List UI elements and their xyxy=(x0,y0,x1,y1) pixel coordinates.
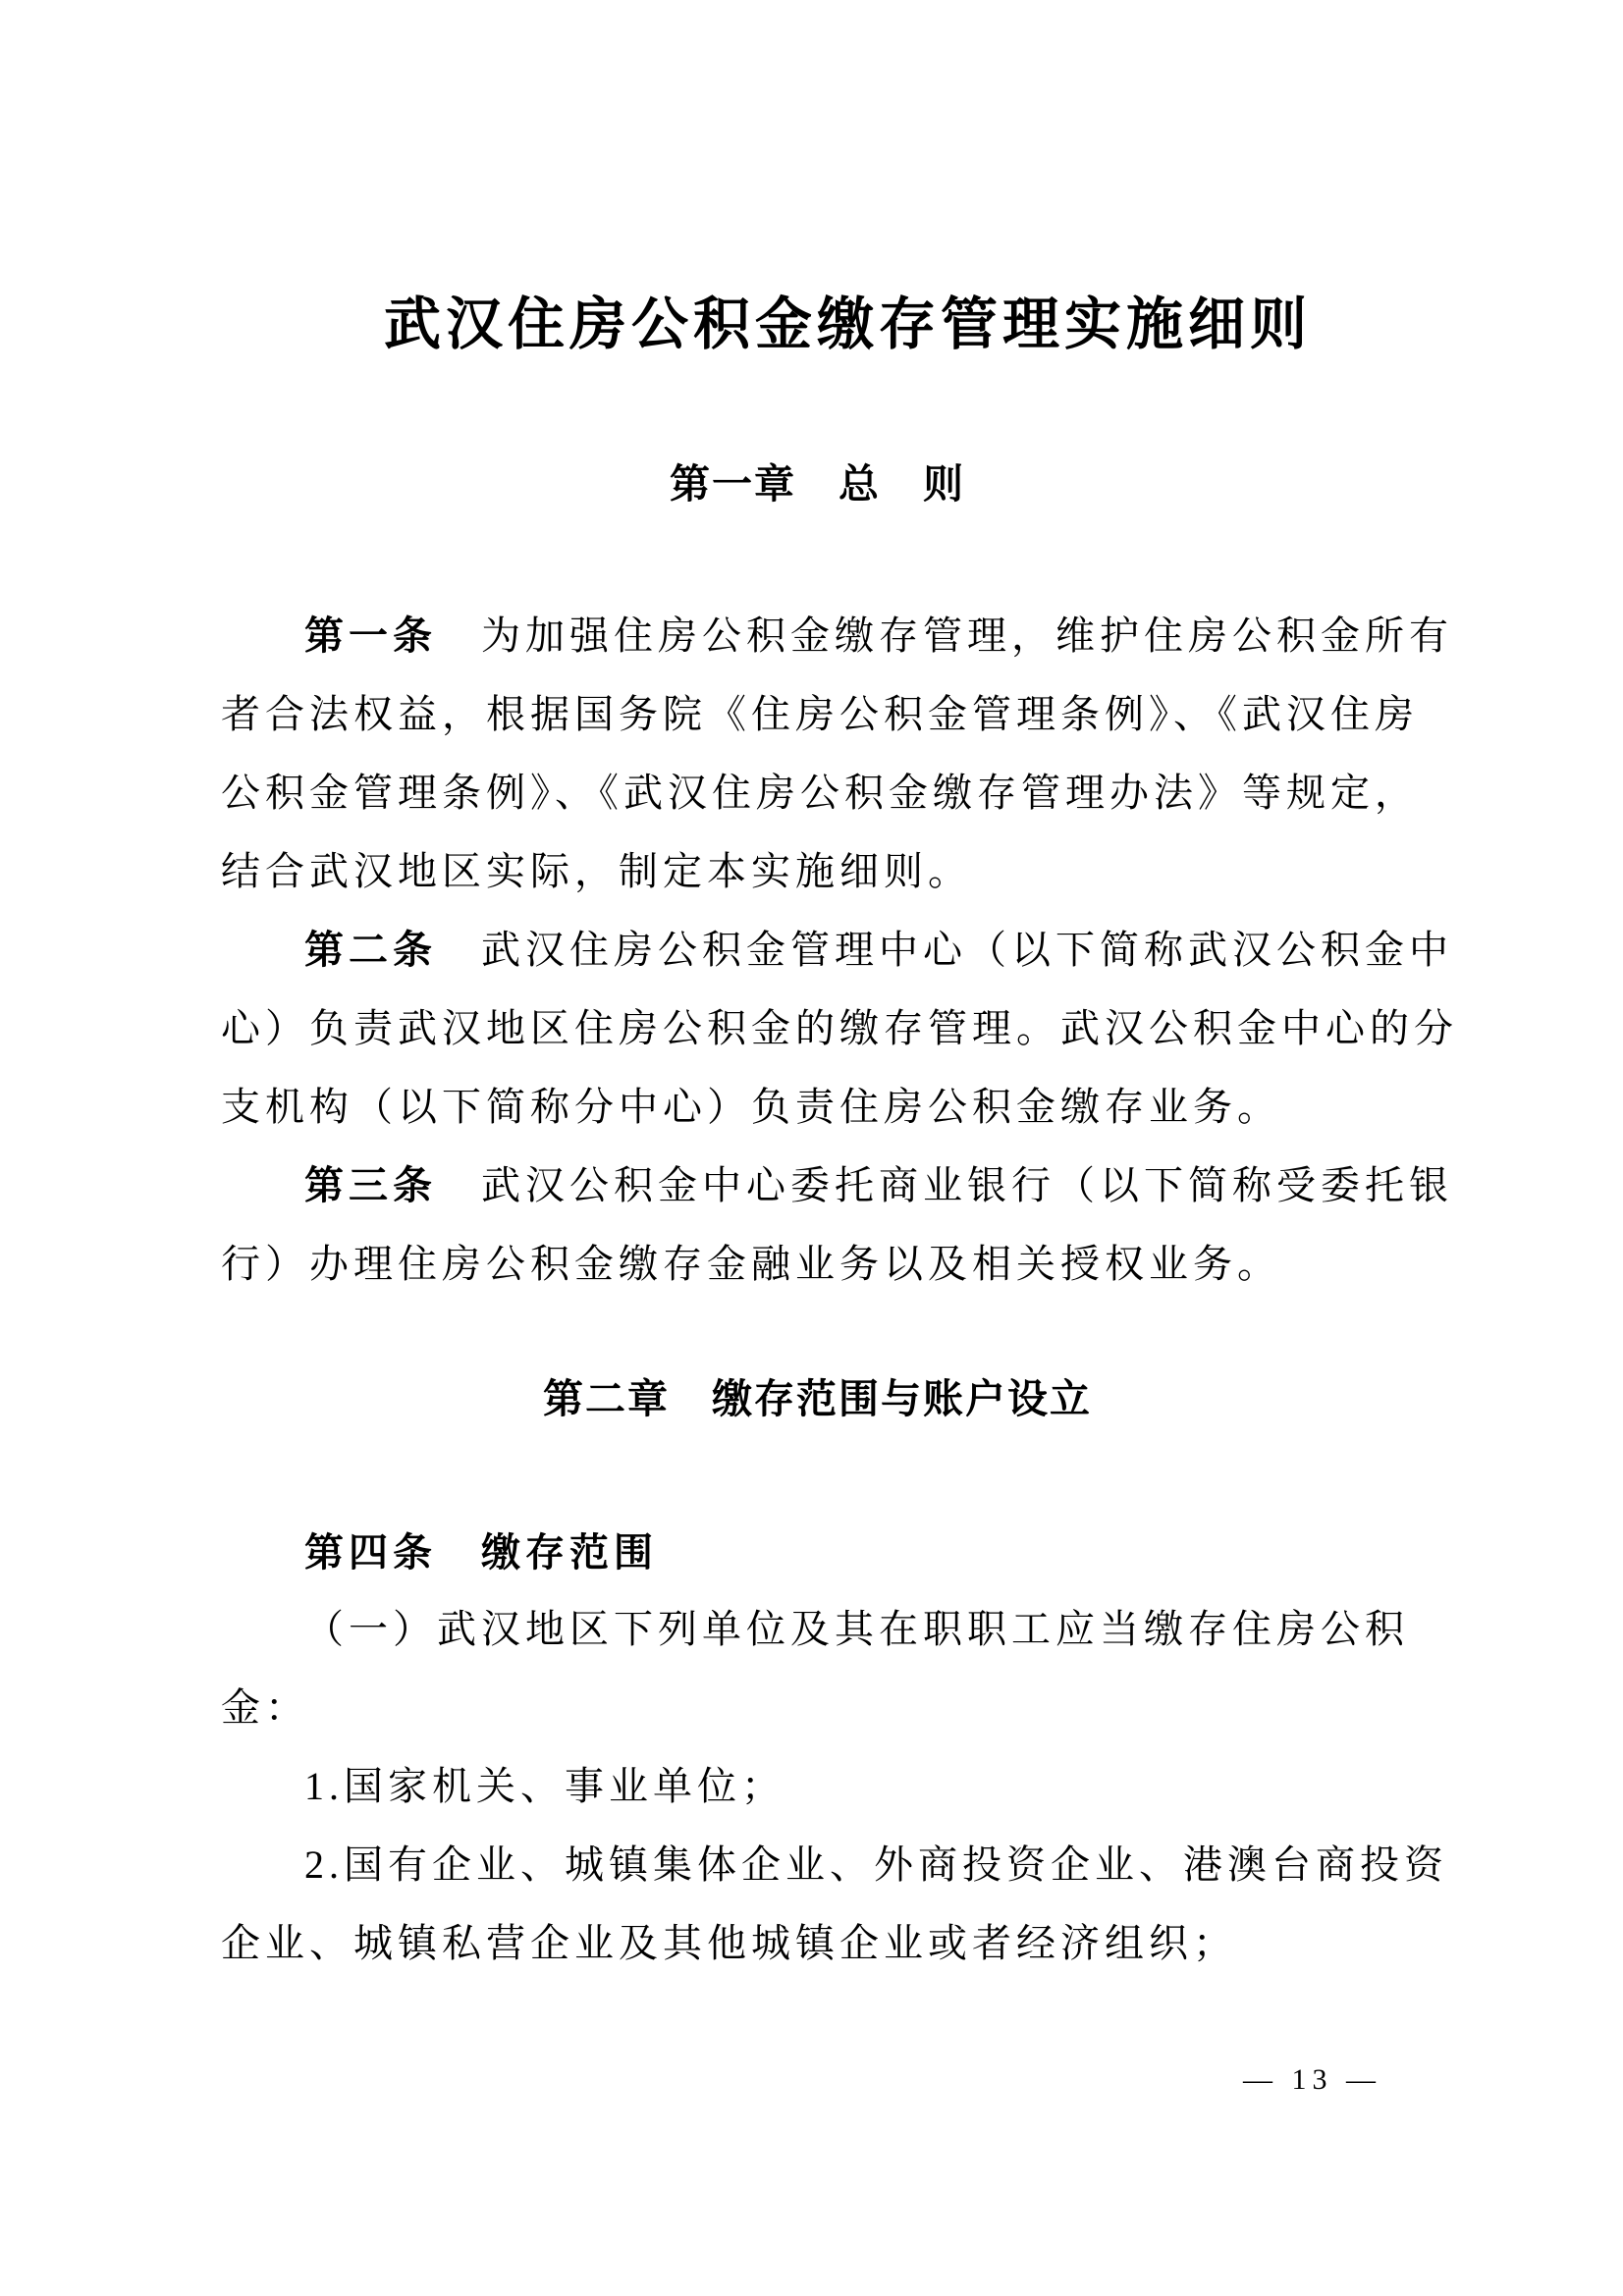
chapter1-heading: 第一章 总 则 xyxy=(221,456,1414,511)
article4-sub2-line2: 企业、城镇私营企业及其他城镇企业或者经济组织； xyxy=(221,1904,1434,1983)
article3-line2: 行）办理住房公积金缴存金融业务以及相关授权业务。 xyxy=(221,1225,1434,1304)
chapter1-body: 第一条为加强住房公积金缴存管理，维护住房公积金所有 者合法权益，根据国务院《住房… xyxy=(221,597,1434,1304)
article4-item1-line1: （一）武汉地区下列单位及其在职职工应当缴存住房公积 xyxy=(221,1590,1434,1669)
article2-line3: 支机构（以下简称分中心）负责住房公积金缴存业务。 xyxy=(221,1068,1434,1147)
chapter2-heading: 第二章 缴存范围与账户设立 xyxy=(221,1371,1414,1426)
article2-line1: 第二条武汉住房公积金管理中心（以下简称武汉公积金中 xyxy=(221,911,1434,989)
article4-item1-line2: 金： xyxy=(221,1669,1434,1747)
document-title: 武汉住房公积金缴存管理实施细则 xyxy=(221,287,1414,363)
article2-line2: 心）负责武汉地区住房公积金的缴存管理。武汉公积金中心的分 xyxy=(221,989,1434,1068)
article4-sub1: 1.国家机关、事业单位； xyxy=(221,1747,1434,1826)
page-number: — 13 — xyxy=(1243,2059,1381,2101)
article2-lead: 第二条 xyxy=(304,929,437,972)
article1-line1: 第一条为加强住房公积金缴存管理，维护住房公积金所有 xyxy=(221,597,1434,675)
article2-line1-text: 武汉住房公积金管理中心（以下简称武汉公积金中 xyxy=(481,928,1453,972)
article3-line1-text: 武汉公积金中心委托商业银行（以下简称受委托银 xyxy=(481,1163,1453,1207)
article3-lead: 第三条 xyxy=(304,1164,437,1207)
article1-line2: 者合法权益，根据国务院《住房公积金管理条例》、《武汉住房 xyxy=(221,675,1434,754)
article4-heading: 第四条 缴存范围 xyxy=(304,1525,658,1580)
article1-lead: 第一条 xyxy=(304,614,437,658)
article1-line3: 公积金管理条例》、《武汉住房公积金缴存管理办法》等规定， xyxy=(221,754,1434,832)
chapter2-body: （一）武汉地区下列单位及其在职职工应当缴存住房公积 金： 1.国家机关、事业单位… xyxy=(221,1590,1434,1983)
article4-sub2-line1: 2.国有企业、城镇集体企业、外商投资企业、港澳台商投资 xyxy=(221,1826,1434,1904)
document-page: { "page": { "title": "武汉住房公积金缴存管理实施细则", … xyxy=(0,0,1623,2296)
article1-line1-text: 为加强住房公积金缴存管理，维护住房公积金所有 xyxy=(481,614,1453,658)
article3-line1: 第三条武汉公积金中心委托商业银行（以下简称受委托银 xyxy=(221,1147,1434,1225)
article1-line4: 结合武汉地区实际，制定本实施细则。 xyxy=(221,832,1434,911)
